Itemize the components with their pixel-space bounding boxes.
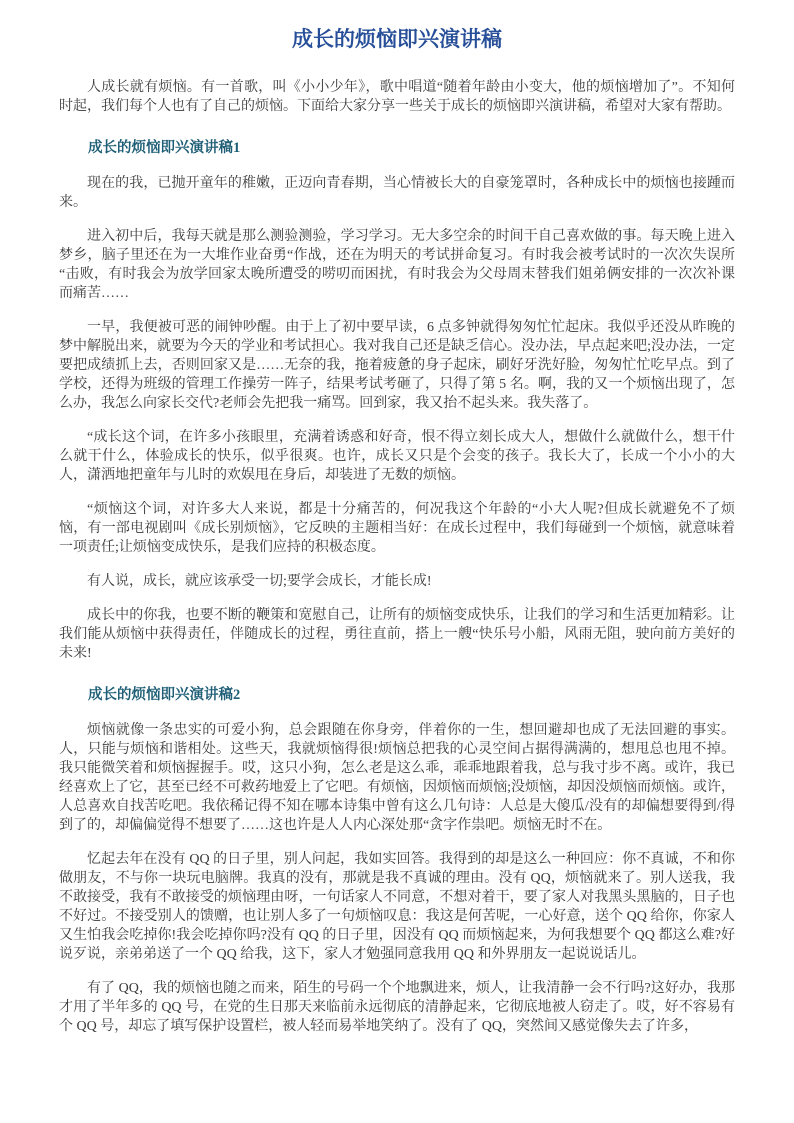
document-body: 人成长就有烦恼。有一首歌，叫《小小少年》，歌中唱道“随着年龄由小变大，他的烦恼增… <box>59 78 735 1036</box>
paragraph: 烦恼就像一条忠实的可爱小狗，总会跟随在你身旁，伴着你的一生，想回避却也成了无法回… <box>59 721 735 835</box>
document-page: 成长的烦恼即兴演讲稿 人成长就有烦恼。有一首歌，叫《小小少年》，歌中唱道“随着年… <box>0 0 794 1123</box>
paragraph: “烦恼这个词，对许多大人来说，都是十分痛苦的，何况我这个年龄的“小大人呢?但成长… <box>59 500 735 557</box>
paragraph: 一早，我便被可恶的闹钟吵醒。由于上了初中要早读，6 点多钟就得匆匆忙忙起床。我似… <box>59 318 735 413</box>
paragraph: 有人说，成长，就应该承受一切;要学会成长，才能长成! <box>59 572 735 591</box>
intro-paragraph: 人成长就有烦恼。有一首歌，叫《小小少年》，歌中唱道“随着年龄由小变大，他的烦恼增… <box>59 78 735 116</box>
paragraph: 有了 QQ，我的烦恼也随之而来，陌生的号码一个个地飘进来，烦人，让我清静一会不行… <box>59 979 735 1036</box>
section-heading-1: 成长的烦恼即兴演讲稿1 <box>59 139 735 158</box>
page-title: 成长的烦恼即兴演讲稿 <box>59 26 735 54</box>
paragraph: 现在的我，已抛开童年的稚嫩，正迈向青春期，当心情被长大的自豪笼罩时，各种成长中的… <box>59 174 735 212</box>
paragraph: 忆起去年在没有 QQ 的日子里，别人问起，我如实回答。我得到的却是这么一种回应：… <box>59 850 735 964</box>
paragraph: “成长这个词，在许多小孩眼里，充满着诱惑和好奇，恨不得立刻长成大人，想做什么就做… <box>59 428 735 485</box>
section-heading-2: 成长的烦恼即兴演讲稿2 <box>59 686 735 705</box>
paragraph: 成长中的你我，也要不断的鞭策和宽慰自己，让所有的烦恼变成快乐，让我们的学习和生活… <box>59 606 735 663</box>
paragraph: 进入初中后，我每天就是那么测验测验，学习学习。无大多空余的时间干自己喜欢做的事。… <box>59 227 735 303</box>
